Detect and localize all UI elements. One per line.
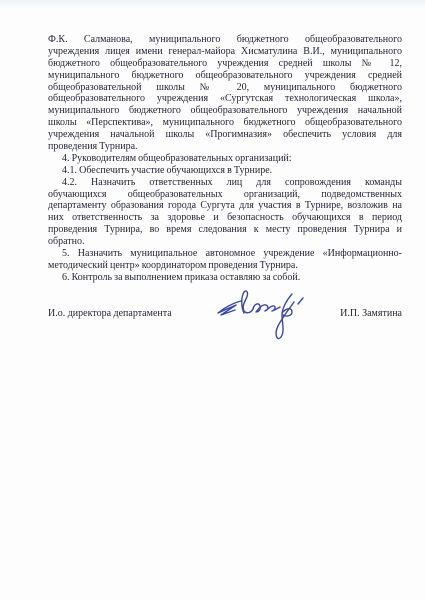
document-line: общеобразовательного учреждения «Сургутс… (48, 93, 402, 105)
document-line: муниципального бюджетного общеобразовате… (48, 70, 402, 82)
document-line: обратно. (48, 236, 402, 248)
document-line-item-6: 6. Контроль за выполнением приказа остав… (48, 272, 402, 284)
document-line: проведения Турнира. (48, 141, 402, 153)
document-line: департаменту образования города Сургута … (48, 200, 402, 212)
document-line: муниципального бюджетного общеобразовате… (48, 105, 402, 117)
document-line-item-4-2: 4.2. Назначить ответственных лиц для соп… (48, 177, 402, 189)
document-body: Ф.К. Салманова, муниципального бюджетног… (48, 34, 402, 284)
signatory-name: И.П. Замятина (340, 308, 402, 320)
document-line: бюджетного общеобразовательного учрежден… (48, 58, 402, 70)
document-line: обучающихся общеобразовательных организа… (48, 189, 402, 201)
signatory-role: И.о. директора департамента (48, 308, 172, 320)
document-line: учреждения лицея имени генерал-майора Хи… (48, 46, 402, 58)
signature-block: И.о. директора департамента И.П. Замятин… (48, 308, 402, 358)
document-line: школы «Перспектива», муниципального бюдж… (48, 117, 402, 129)
document-line: них ответственность за здоровье и безопа… (48, 212, 402, 224)
document-line: проведения Турнира, во время следования … (48, 224, 402, 236)
document-line: методический центр» координатором провед… (48, 260, 402, 272)
document-page: Ф.К. Салманова, муниципального бюджетног… (0, 0, 425, 600)
document-line: общеобразовательной школы № 20, муниципа… (48, 82, 402, 94)
document-line: Ф.К. Салманова, муниципального бюджетног… (48, 34, 402, 46)
document-line-item-4-1: 4.1. Обеспечить участие обучающихся в Ту… (48, 165, 402, 177)
document-line-item-4: 4. Руководителям общеобразовательных орг… (48, 153, 402, 165)
scan-edge-artifact (0, 0, 425, 8)
document-line: учреждения начальной школы «Прогимназия»… (48, 129, 402, 141)
handwritten-signature-icon (208, 287, 308, 347)
document-line-item-5: 5. Назначить муниципальное автономное уч… (48, 248, 402, 260)
